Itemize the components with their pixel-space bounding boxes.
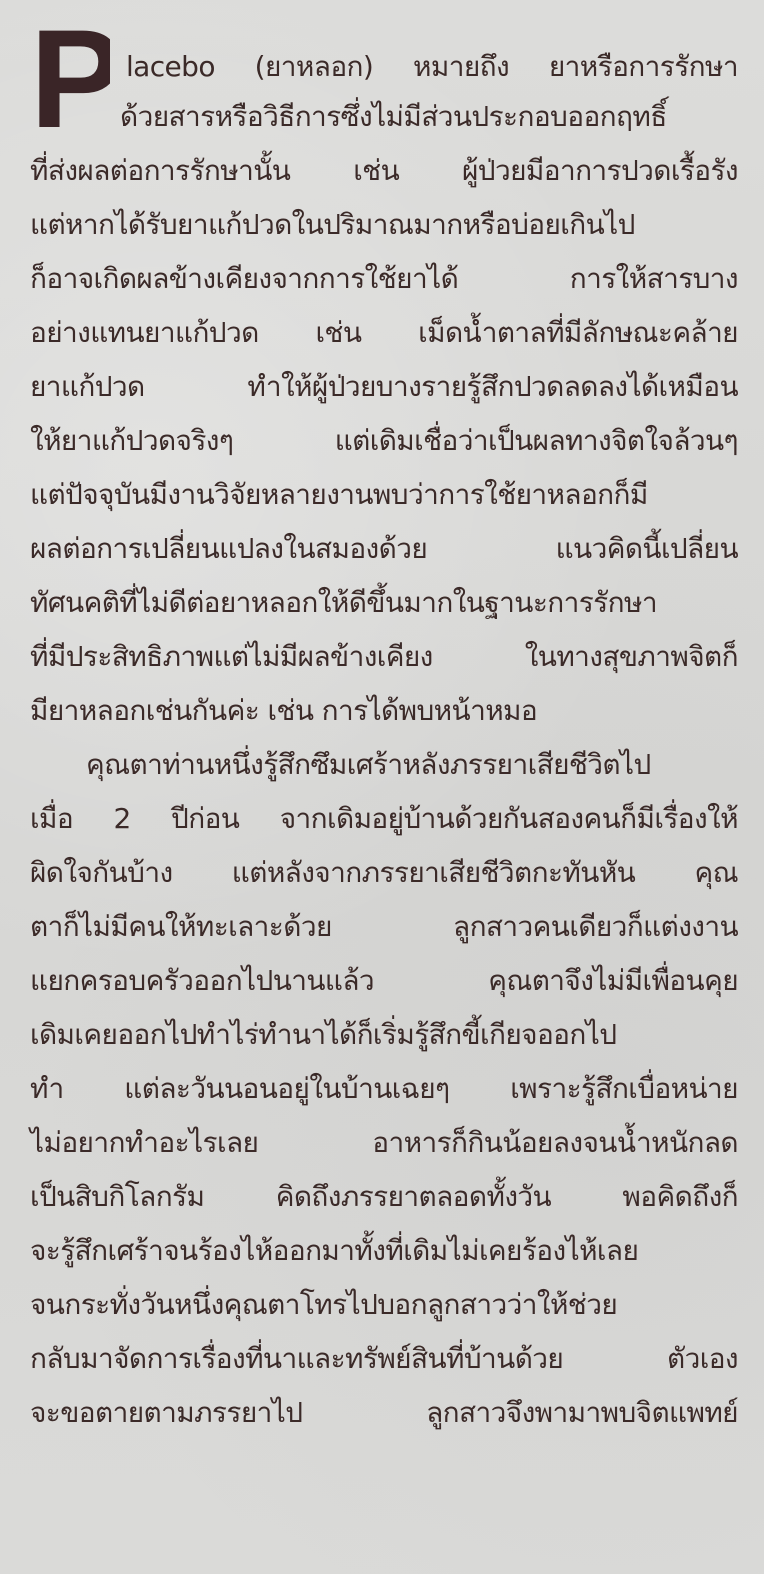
paragraph-2-line-6: เดิมเคยออกไปทำไร่ทำนาได้ก็เริ่มรู้สึกขี้…	[30, 1010, 738, 1060]
paragraph-1-line-8: ให้ยาแก้ปวดจริงๆ แต่เดิมเชื่อว่าเป็นผลทา…	[30, 416, 738, 466]
paragraph-2-line-8: ไม่อยากทำอะไรเลย อาหารก็กินน้อยลงจนน้ำหน…	[30, 1118, 738, 1168]
paragraph-1-line-2: ด้วยสารหรือวิธีการซึ่งไม่มีส่วนประกอบออก…	[120, 92, 738, 142]
paragraph-2-line-2: เมื่อ 2 ปีก่อน จากเดิมอยู่บ้านด้วยกันสอง…	[30, 794, 738, 844]
paragraph-2-line-5: แยกครอบครัวออกไปนานแล้ว คุณตาจึงไม่มีเพื…	[30, 956, 738, 1006]
paragraph-2-line-4: ตาก็ไม่มีคนให้ทะเลาะด้วย ลูกสาวคนเดียวก็…	[30, 902, 738, 952]
paragraph-2-line-9: เป็นสิบกิโลกรัม คิดถึงภรรยาตลอดทั้งวัน พ…	[30, 1172, 738, 1222]
paragraph-1-line-4: แต่หากได้รับยาแก้ปวดในปริมาณมากหรือบ่อยเ…	[30, 200, 738, 250]
paragraph-2-line-12: กลับมาจัดการเรื่องที่นาและทรัพย์สินที่บ้…	[30, 1334, 738, 1384]
paragraph-2-line-1: คุณตาท่านหนึ่งรู้สึกซึมเศร้าหลังภรรยาเสี…	[86, 740, 738, 790]
paragraph-2-line-7: ทำ แต่ละวันนอนอยู่ในบ้านเฉยๆ เพราะรู้สึก…	[30, 1064, 738, 1114]
paragraph-2-line-3: ผิดใจกันบ้าง แต่หลังจากภรรยาเสียชีวิตกะท…	[30, 848, 738, 898]
paragraph-1-line-12: ที่มีประสิทธิภาพแต่ไม่มีผลข้างเคียง ในทา…	[30, 632, 738, 682]
paragraph-1-line-10: ผลต่อการเปลี่ยนแปลงในสมองด้วย แนวคิดนี้เ…	[30, 524, 738, 574]
paragraph-1-line-3: ที่ส่งผลต่อการรักษานั้น เช่น ผู้ป่วยมีอา…	[30, 146, 738, 196]
paragraph-2-line-13: จะขอตายตามภรรยาไป ลูกสาวจึงพามาพบจิตแพทย…	[30, 1388, 738, 1438]
paragraph-1-line-6: อย่างแทนยาแก้ปวด เช่น เม็ดน้ำตาลที่มีลัก…	[30, 308, 738, 358]
paragraph-2-line-11: จนกระทั่งวันหนึ่งคุณตาโทรไปบอกลูกสาวว่าใ…	[30, 1280, 738, 1330]
paragraph-1-line-11: ทัศนคติที่ไม่ดีต่อยาหลอกให้ดีขึ้นมากในฐา…	[30, 578, 738, 628]
paragraph-1-line-5: ก็อาจเกิดผลข้างเคียงจากการใช้ยาได้ การให…	[30, 254, 738, 304]
paragraph-1-line-13: มียาหลอกเช่นกันค่ะ เช่น การได้พบหน้าหมอ	[30, 686, 738, 736]
drop-cap-letter: P	[30, 28, 110, 130]
paragraph-1-line-1: lacebo (ยาหลอก) หมายถึง ยาหรือการรักษา	[126, 42, 738, 92]
paragraph-2-line-10: จะรู้สึกเศร้าจนร้องไห้ออกมาทั้งที่เดิมไม…	[30, 1226, 738, 1276]
paragraph-1-line-9: แต่ปัจจุบันมีงานวิจัยหลายงานพบว่าการใช้ย…	[30, 470, 738, 520]
paragraph-1-line-7: ยาแก้ปวด ทำให้ผู้ป่วยบางรายรู้สึกปวดลดลง…	[30, 362, 738, 412]
